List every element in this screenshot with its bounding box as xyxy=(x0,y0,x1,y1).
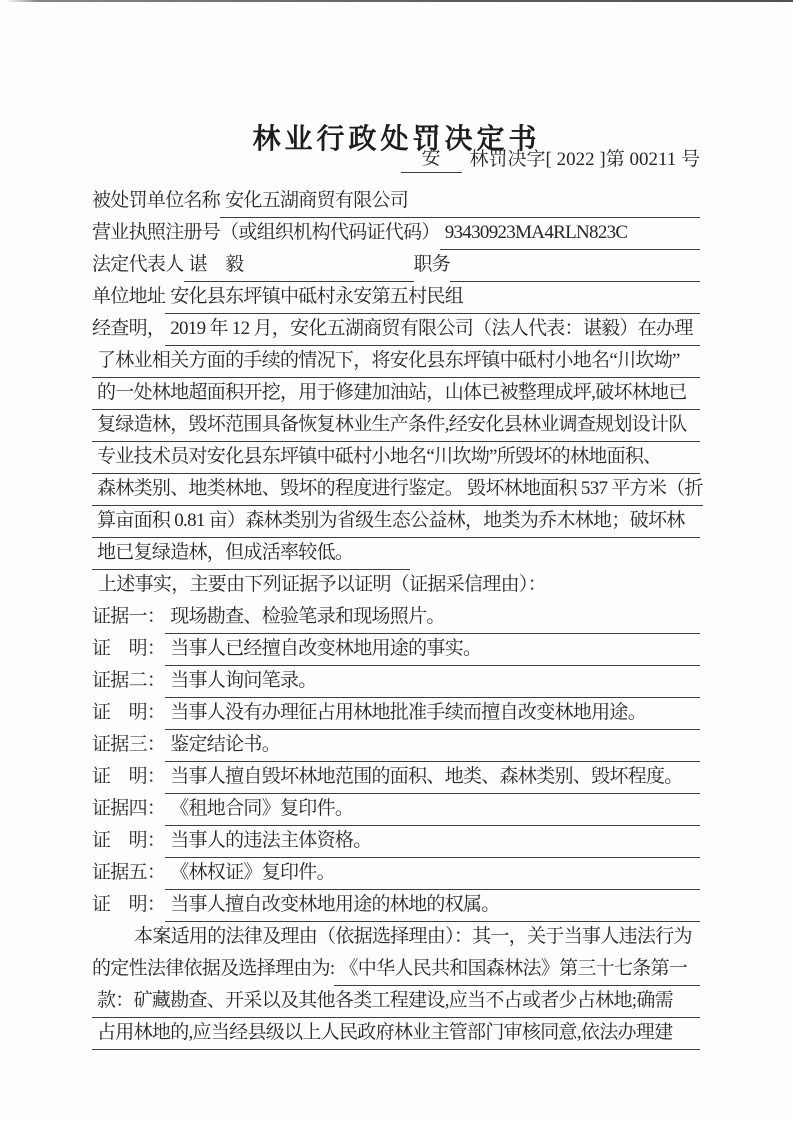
field-value: 当事人已经擅自改变林地用途的事实。 xyxy=(165,634,700,666)
line-facts-5: 专业技术员对安化县东坪镇中砥村小地名“川坎坳”所毁坏的林地面积、 xyxy=(92,442,700,474)
field-value: 当事人擅自改变林地用途的林地的权属。 xyxy=(165,890,700,922)
line-facts-3: 的一处林地超面积开挖，用于修建加油站，山体已被整理成坪,破坏林地已 xyxy=(92,378,700,410)
field-label: 证 明： xyxy=(92,698,165,730)
field-value: 当事人没有办理征占用林地批准手续而擅自改变林地用途。 xyxy=(165,698,700,730)
field-label: 证据三： xyxy=(92,730,165,762)
line-legal-basis-4: 占用林地的,应当经县级以上人民政府林业主管部门审核同意,依法办理建 xyxy=(92,1018,700,1050)
field-value: 现场勘查、检验笔录和现场照片。 xyxy=(165,602,700,634)
line-legal-basis-2: 的定性法律依据及选择理由为:《中华人民共和国森林法》第三十七条第一 xyxy=(92,954,700,986)
field-value: 当事人的违法主体资格。 xyxy=(165,826,700,858)
field-value: 的一处林地超面积开挖，用于修建加油站，山体已被整理成坪,破坏林地已 xyxy=(92,378,700,410)
line-facts-8: 地已复绿造林，但成活率较低。 xyxy=(92,538,700,570)
line-evidence-5: 证据五：《林权证》复印件。 xyxy=(92,858,700,890)
line-facts-2: 了林业相关方面的手续的情况下，将安化县东坪镇中砥村小地名“川坎坳” xyxy=(92,346,700,378)
field-label: 证据五： xyxy=(92,858,165,890)
line-evidence-4: 证据四：《租地合同》复印件。 xyxy=(92,794,700,826)
field-value: 《租地合同》复印件。 xyxy=(165,794,700,826)
line-legal-basis-1: 本案适用的法律及理由（依据选择理由）：其一，关于当事人违法行为 xyxy=(92,922,700,954)
line-facts-7: 算亩面积 0.81 亩）森林类别为省级生态公益林，地类为乔木林地；破坏林 xyxy=(92,506,700,538)
field-label: 被处罚单位名称 xyxy=(92,186,220,218)
line-evidence-1: 证据一：现场勘查、检验笔录和现场照片。 xyxy=(92,602,700,634)
field-label: 证 明： xyxy=(92,634,165,666)
line-evidence-5-proof: 证 明：当事人擅自改变林地用途的林地的权属。 xyxy=(92,890,700,922)
static-text: 经查明， xyxy=(92,314,165,346)
scanned-document-page: 林业行政处罚决定书 安 林罚决字[ 2022 ]第 00211 号 被处罚单位名… xyxy=(0,0,793,1122)
field-label: 营业执照注册号（或组织机构代码证代码） xyxy=(92,218,440,250)
scan-artifact-top-edge xyxy=(6,0,793,2)
line-evidence-1-proof: 证 明：当事人已经擅自改变林地用途的事实。 xyxy=(92,634,700,666)
line-evidence-3: 证据三：鉴定结论书。 xyxy=(92,730,700,762)
static-text: 的定性法律依据及选择理由为: xyxy=(92,954,334,986)
field-value: 算亩面积 0.81 亩）森林类别为省级生态公益林，地类为乔木林地；破坏林 xyxy=(92,506,700,538)
field-value: 当事人询问笔录。 xyxy=(165,666,700,698)
line-evidence-4-proof: 证 明：当事人的违法主体资格。 xyxy=(92,826,700,858)
field-label: 证据二： xyxy=(92,666,165,698)
line-evidence-2-proof: 证 明：当事人没有办理征占用林地批准手续而擅自改变林地用途。 xyxy=(92,698,700,730)
doc-number-region-fill: 安 xyxy=(401,146,462,173)
field-label: 法定代表人 xyxy=(92,250,184,282)
line-unit-address: 单位地址安化县东坪镇中砥村永安第五村民组 xyxy=(92,282,700,314)
line-legal-basis-3: 款：矿藏勘查、开采以及其他各类工程建设,应当不占或者少占林地;确需 xyxy=(92,986,700,1018)
field-value: 复绿造林，毁坏范围具备恢复林业生产条件,经安化县林业调查规划设计队 xyxy=(92,410,700,442)
field-label: 职务 xyxy=(414,250,451,282)
field-value: 专业技术员对安化县东坪镇中砥村小地名“川坎坳”所毁坏的林地面积、 xyxy=(92,442,700,474)
field-value: 地已复绿造林，但成活率较低。 xyxy=(92,538,410,570)
field-label: 单位地址 xyxy=(92,282,165,314)
field-value: 93430923MA4RLN823C xyxy=(440,218,700,250)
line-facts-4: 复绿造林，毁坏范围具备恢复林业生产条件,经安化县林业调查规划设计队 xyxy=(92,410,700,442)
field-value: 鉴定结论书。 xyxy=(165,730,700,762)
field-label: 证 明： xyxy=(92,762,165,794)
doc-number: 安 林罚决字[ 2022 ]第 00211 号 xyxy=(401,146,700,173)
field-value: 占用林地的,应当经县级以上人民政府林业主管部门审核同意,依法办理建 xyxy=(92,1018,700,1050)
field-value: 了林业相关方面的手续的情况下，将安化县东坪镇中砥村小地名“川坎坳” xyxy=(92,346,700,378)
field-value: 安化五湖商贸有限公司 xyxy=(220,186,700,218)
line-evidence-3-proof: 证 明：当事人擅自毁坏林地范围的面积、地类、森林类别、毁坏程度。 xyxy=(92,762,700,794)
line-legal-rep: 法定代表人谌 毅职务 xyxy=(92,250,700,282)
field-value: 《林权证》复印件。 xyxy=(165,858,700,890)
field-value: 安化县东坪镇中砥村永安第五村民组 xyxy=(165,282,700,314)
document-lines: 被处罚单位名称安化五湖商贸有限公司营业执照注册号（或组织机构代码证代码）9343… xyxy=(92,186,700,1050)
line-evidence-2: 证据二：当事人询问笔录。 xyxy=(92,666,700,698)
field-value: 当事人擅自毁坏林地范围的面积、地类、森林类别、毁坏程度。 xyxy=(165,762,700,794)
field-value: 《中华人民共和国森林法》第三十七条第一 xyxy=(334,954,700,986)
line-license-no: 营业执照注册号（或组织机构代码证代码）93430923MA4RLN823C xyxy=(92,218,700,250)
line-facts-6: 森林类别、地类林地、毁坏的程度进行鉴定。 毁坏林地面积 537 平方米（折 xyxy=(92,474,700,506)
doc-number-text: 林罚决字[ 2022 ]第 00211 号 xyxy=(470,147,700,173)
field-value: 谌 毅 xyxy=(184,250,414,282)
line-unit-name: 被处罚单位名称安化五湖商贸有限公司 xyxy=(92,186,700,218)
static-text: 本案适用的法律及理由（依据选择理由）：其一，关于当事人违法行为 xyxy=(134,922,692,954)
line-facts-1: 经查明，2019 年 12 月，安化五湖商贸有限公司（法人代表：谌毅）在办理 xyxy=(92,314,700,346)
line-evidence-intro: 上述事实，主要由下列证据予以证明（证据采信理由）： xyxy=(92,570,700,602)
field-value: 2019 年 12 月，安化五湖商贸有限公司（法人代表：谌毅）在办理 xyxy=(165,314,700,346)
static-text: 上述事实，主要由下列证据予以证明（证据采信理由）： xyxy=(98,570,546,602)
field-label: 证据一： xyxy=(92,602,165,634)
field-value xyxy=(450,250,700,282)
field-label: 证 明： xyxy=(92,890,165,922)
field-value: 森林类别、地类林地、毁坏的程度进行鉴定。 毁坏林地面积 537 平方米（折 xyxy=(92,474,703,506)
field-label: 证 明： xyxy=(92,826,165,858)
field-value: 款：矿藏勘查、开采以及其他各类工程建设,应当不占或者少占林地;确需 xyxy=(92,986,700,1018)
field-label: 证据四： xyxy=(92,794,165,826)
